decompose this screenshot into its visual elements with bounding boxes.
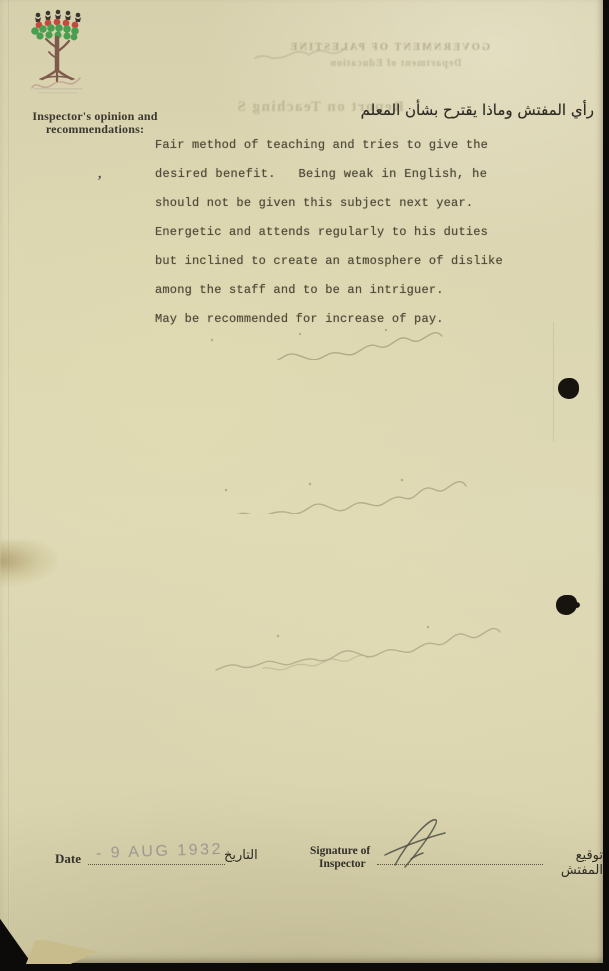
typed-line: Energetic and attends regularly to his d…: [155, 218, 515, 247]
pen-mark: ʼ: [95, 172, 103, 193]
date-arabic-label: التاريخ: [224, 848, 258, 863]
typed-report-body: Fair method of teaching and tries to giv…: [155, 131, 515, 334]
paper-crease-left: [8, 0, 10, 963]
signature-label-line2: Inspector: [310, 858, 370, 871]
signature-label-line1: Signature of: [310, 845, 370, 858]
date-label: Date: [55, 851, 81, 867]
signature-label: Signature of Inspector: [310, 845, 370, 870]
typed-line: desired benefit. Being weak in English, …: [155, 160, 515, 189]
inspector-opinion-label: Inspector's opinion and recommendations:: [30, 110, 160, 136]
punch-hole-bottom: [556, 595, 577, 615]
typed-line: among the staff and to be an intriguer.: [155, 276, 515, 305]
inspector-opinion-label-line2: recommendations:: [30, 123, 160, 136]
faded-handwriting-2: [140, 472, 475, 514]
logo-arabic-calligraphy: [30, 70, 86, 100]
paper-stain: [0, 540, 58, 586]
typed-line: but inclined to create an atmosphere of …: [155, 247, 515, 276]
punch-hole-top: [558, 378, 579, 399]
faded-handwriting-1: [150, 324, 450, 360]
scanned-document: GOVERNMENT OF PALESTINE Department of Ed…: [0, 0, 609, 971]
typed-line: Fair method of teaching and tries to giv…: [155, 131, 515, 160]
paper-sheet: GOVERNMENT OF PALESTINE Department of Ed…: [0, 0, 603, 963]
typed-line: should not be given this subject next ye…: [155, 189, 515, 218]
date-stamp: - 9 AUG 1932: [92, 841, 228, 864]
faded-handwriting-top: [250, 36, 350, 66]
signature-arabic-label: توقيع المفتش: [541, 848, 603, 878]
faded-handwriting-3: [158, 620, 508, 672]
arabic-header-label: رأي المفتش وماذا يقترح بشأن المعلم: [354, 101, 594, 119]
inspector-signature-ink: [381, 813, 453, 871]
paper-crease-right: [553, 322, 555, 442]
